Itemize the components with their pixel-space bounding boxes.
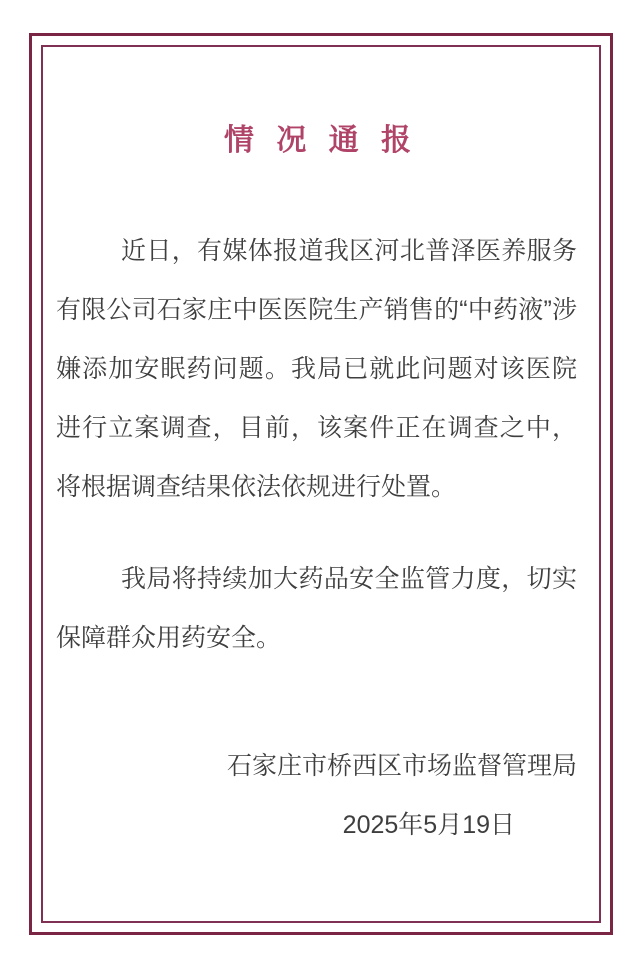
notice-title: 情 况 通 报 bbox=[43, 115, 599, 159]
issuer-signature: 石家庄市桥西区市场监督管理局 bbox=[43, 737, 599, 796]
notice-paragraph-2: 我局将持续加大药品安全监管力度，切实保障群众用药安全。 bbox=[43, 550, 599, 668]
outer-border-frame: 情 况 通 报 近日，有媒体报道我区河北普泽医养服务有限公司石家庄中医医院生产销… bbox=[29, 33, 613, 935]
inner-border-frame: 情 况 通 报 近日，有媒体报道我区河北普泽医养服务有限公司石家庄中医医院生产销… bbox=[41, 45, 601, 923]
issue-date: 2025年5月19日 bbox=[43, 796, 599, 855]
notice-page: 情 况 通 报 近日，有媒体报道我区河北普泽医养服务有限公司石家庄中医医院生产销… bbox=[0, 0, 640, 967]
notice-paragraph-1: 近日，有媒体报道我区河北普泽医养服务有限公司石家庄中医医院生产销售的“中药液”涉… bbox=[43, 222, 599, 517]
